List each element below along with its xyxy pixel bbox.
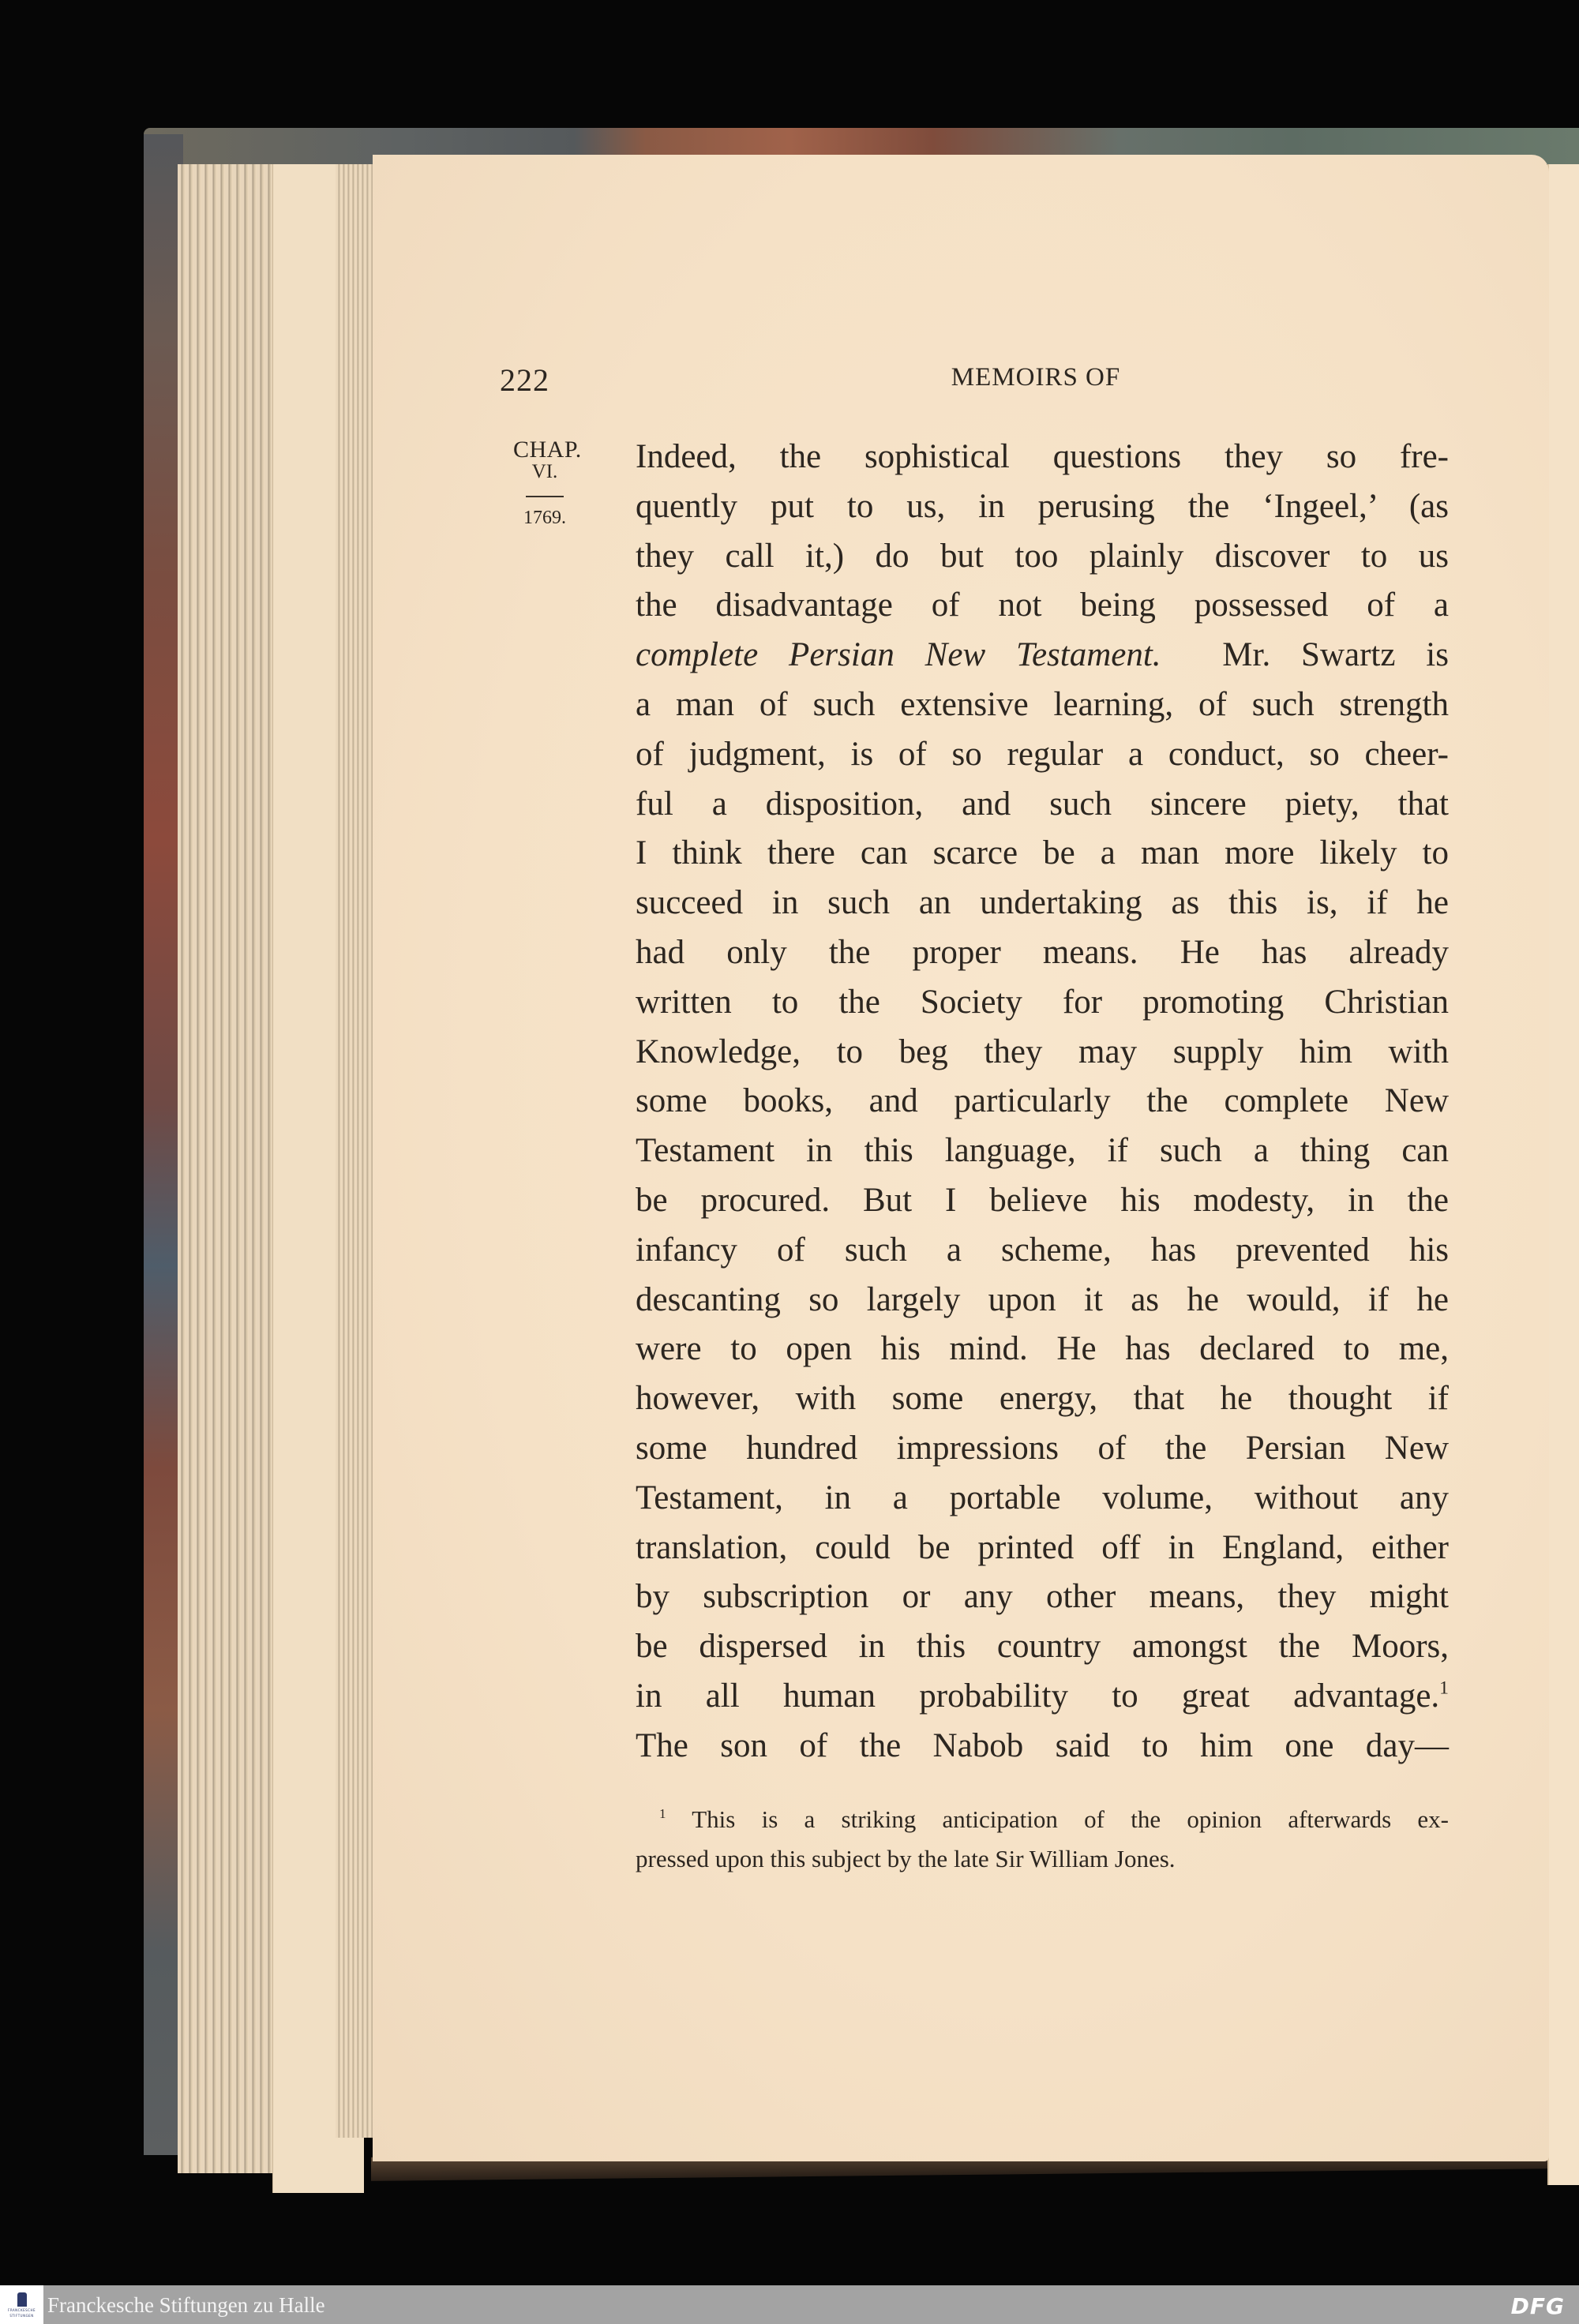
text-line: succeed in such an undertaking as this i… [636,879,1449,928]
margin-note: CHAP. VI. 1769. [513,439,576,529]
text-line: the disadvantage of not being possessed … [636,581,1449,631]
text-line: be procured. But I believe his modesty, … [636,1176,1449,1226]
logo-text-2: STIFTUNGEN [9,2314,33,2318]
text-fragment: in all human probability to great advant… [636,1677,1439,1715]
dfg-logo[interactable]: DFG [1511,2293,1565,2319]
institution-name[interactable]: Franckesche Stiftungen zu Halle [47,2293,325,2318]
chapter-label: CHAP. [513,439,576,461]
text-line: be dispersed in this country amongst the… [636,1622,1449,1672]
running-head: MEMOIRS OF [373,363,1579,392]
text-line: had only the proper means. He has alread… [636,928,1449,978]
text-line: of judgment, is of so regular a conduct,… [636,730,1449,780]
text-line: quently put to us, in perusing the ‘Inge… [636,482,1449,532]
italic-title: complete Persian New Testament. [636,636,1161,673]
text-line: Testament in this language, if such a th… [636,1126,1449,1176]
text-line: descanting so largely upon it as he woul… [636,1276,1449,1325]
body-text: Indeed, the sophistical questions they s… [636,433,1449,1771]
text-line: were to open his mind. He has declared t… [636,1325,1449,1374]
text-line: Knowledge, to beg they may supply him wi… [636,1028,1449,1078]
book-page: 222 MEMOIRS OF CHAP. VI. 1769. Indeed, t… [373,155,1549,2161]
facing-page-edge [1547,164,1579,2185]
text-line: they call it,) do but too plainly discov… [636,532,1449,582]
text-line: written to the Society for promoting Chr… [636,978,1449,1028]
footnote-line: 1 This is a striking anticipation of the… [636,1800,1449,1839]
page-stack-left [178,164,272,2173]
footnote-line: pressed upon this subject by the late Si… [636,1839,1449,1879]
text-line-italic-title: complete Persian New Testament. Mr. Swar… [636,631,1449,680]
text-line: translation, could be printed off in Eng… [636,1524,1449,1573]
text-line: The son of the Nabob said to him one day… [636,1722,1449,1771]
text-line: a man of such extensive learning, of suc… [636,680,1449,730]
margin-year: 1769. [513,507,576,529]
text-line: some books, and particularly the complet… [636,1077,1449,1126]
footnote-reference[interactable]: 1 [1439,1677,1449,1698]
text-fragment: Mr. Swartz is [1222,636,1449,673]
text-line: Indeed, the sophistical questions they s… [636,433,1449,482]
text-line: I think there can scarce be a man more l… [636,829,1449,879]
chapter-number: VI. [513,461,576,483]
footnote-marker: 1 [659,1806,666,1821]
logo-figure-icon [17,2292,27,2307]
text-line-with-footnote-ref: in all human probability to great advant… [636,1672,1449,1722]
text-line: some hundred impressions of the Persian … [636,1424,1449,1474]
institution-logo[interactable]: FRANCKESCHE STIFTUNGEN [0,2285,43,2324]
text-line: Testament, in a portable volume, without… [636,1474,1449,1524]
logo-text-1: FRANCKESCHE [8,2308,36,2312]
viewer-footer-bar: FRANCKESCHE STIFTUNGEN Franckesche Stift… [0,2285,1579,2324]
page-stack-inner [336,164,375,2138]
text-line: however, with some energy, that he thoug… [636,1374,1449,1424]
text-line: infancy of such a scheme, has prevented … [636,1226,1449,1276]
text-line: by subscription or any other means, they… [636,1572,1449,1622]
footnote-text: This is a striking anticipation of the o… [692,1805,1449,1833]
margin-rule [526,496,564,497]
footnote: 1 This is a striking anticipation of the… [636,1800,1449,1879]
text-line: ful a disposition, and such sincere piet… [636,780,1449,830]
